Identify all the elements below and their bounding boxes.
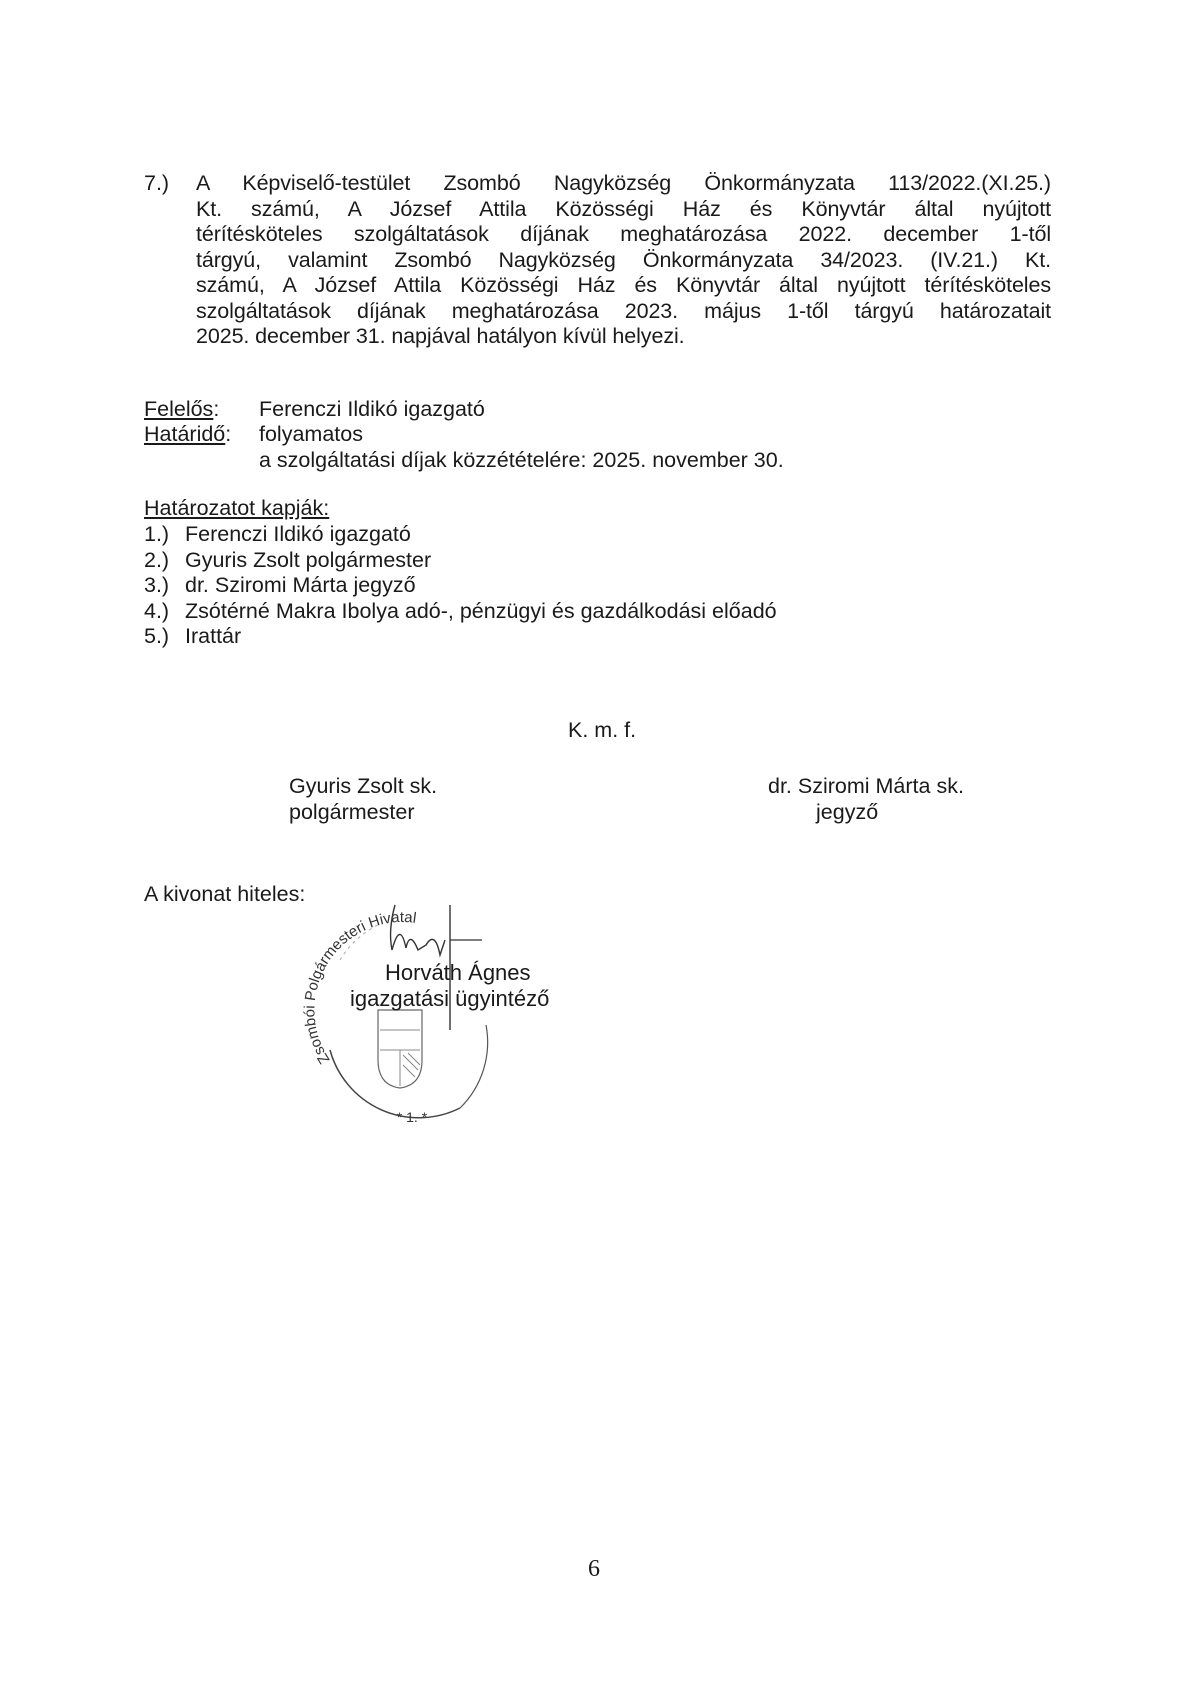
recipient-number: 4.) [144,599,169,625]
resolution-line: számú, A József Attila Közösségi Ház és … [196,273,1051,299]
resolution-line: 2025. december 31. napjával hatályon kív… [196,324,1051,350]
responsible-label: Felelős [144,397,213,421]
recipient-name: Irattár [185,624,241,650]
recipient-number: 5.) [144,624,169,650]
kmf-label: K. m. f. [568,718,636,744]
resolution-line: A Képviselő-testület Zsombó Nagyközség Ö… [196,171,1051,197]
signer-name: dr. Sziromi Márta sk. [768,774,964,800]
resolution-text: A Képviselő-testület Zsombó Nagyközség Ö… [196,171,1051,350]
resolution-line: Kt. számú, A József Attila Közösségi Ház… [196,197,1051,223]
resolution-line: térítésköteles szolgáltatások díjának me… [196,222,1051,248]
recipient-name: Ferenczi Ildikó igazgató [185,522,411,548]
svg-text:* 1. *: * 1. * [397,1109,428,1125]
signer-title: polgármester [289,800,414,826]
resolution-line: szolgáltatások díjának meghatározása 202… [196,299,1051,325]
deadline-value-2: a szolgáltatási díjak közzétételére: 202… [259,448,784,474]
certifier-title: igazgatási ügyintéző [350,986,549,1012]
certifier-name: Horváth Ágnes [385,960,531,986]
responsible-value: Ferenczi Ildikó igazgató [259,397,485,423]
recipient-number: 2.) [144,548,169,574]
recipient-name: Gyuris Zsolt polgármester [185,548,431,574]
signer-title: jegyző [816,800,878,826]
certification-label: A kivonat hiteles: [144,882,305,908]
recipient-name: Zsótérné Makra Ibolya adó-, pénzügyi és … [185,599,777,625]
signer-name: Gyuris Zsolt sk. [289,774,437,800]
recipients-heading: Határozatot kapják: [144,496,329,522]
deadline-label: Határidő [144,422,225,446]
recipient-name: dr. Sziromi Márta jegyző [185,573,416,599]
page-number: 6 [588,1556,600,1583]
item-number: 7.) [144,171,169,197]
official-stamp-icon: Zsombói Polgármesteri Hivatal * 1. * [300,900,560,1130]
deadline-value: folyamatos [259,422,363,448]
recipient-number: 3.) [144,573,169,599]
resolution-line: tárgyú, valamint Zsombó Nagyközség Önkor… [196,248,1051,274]
recipient-number: 1.) [144,522,169,548]
